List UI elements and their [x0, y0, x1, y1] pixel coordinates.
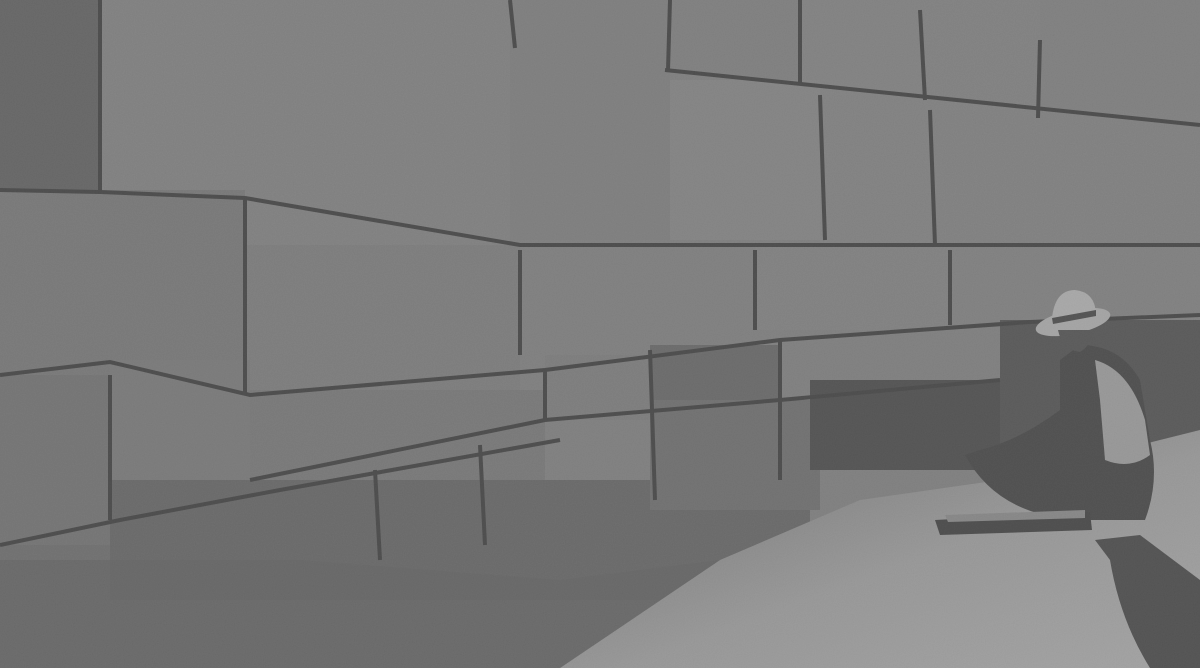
photograph [0, 0, 1200, 668]
wall-scene [0, 0, 1200, 668]
